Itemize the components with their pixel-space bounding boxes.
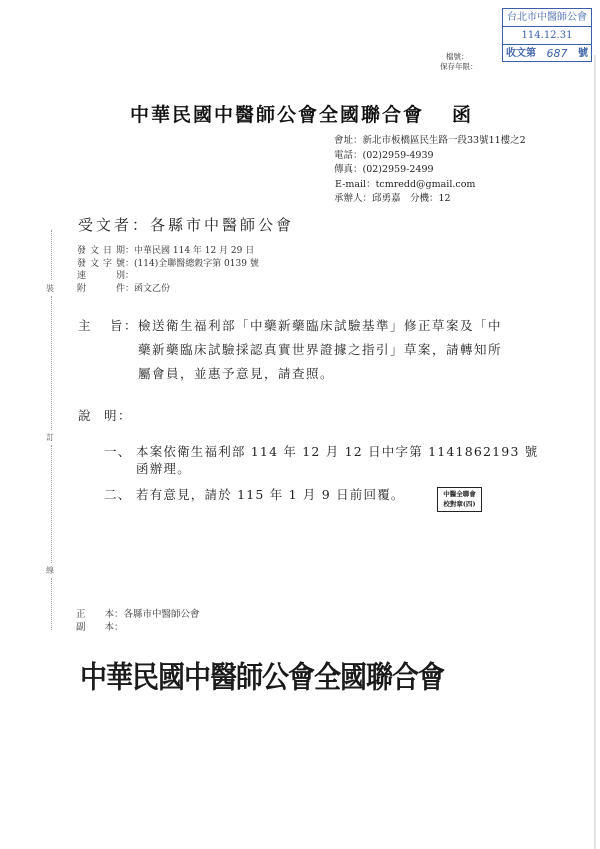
- issuer-name: 中華民國中醫師公會全國聯合會: [130, 104, 424, 126]
- proofread-stamp-line-2: 校對章(四): [438, 499, 481, 509]
- contact-block: 會址：新北市板橋區民生路一段33號11樓之2 電話：(02)2959-4939 …: [334, 134, 526, 207]
- contact-email: E-mail：tcmredd@gmail.com: [334, 178, 526, 193]
- cc-label: 副本: [76, 621, 114, 634]
- proofread-stamp: 中醫全聯會 校對章(四): [437, 487, 482, 512]
- item-1-line-2: 函辦理。: [104, 460, 539, 477]
- receipt-stamp-number-row: 收文第 687 號: [503, 45, 591, 63]
- file-no-label: 檔號：: [440, 52, 478, 62]
- original-copy-value: ：各縣市中醫師公會: [114, 609, 200, 620]
- receipt-number: 687: [547, 45, 568, 63]
- subject-label: 主旨: [78, 314, 124, 338]
- subject-line-3: 屬會員，並惠予意見，請查照。: [78, 362, 502, 386]
- archive-info: 檔號： 保存年限：: [440, 52, 478, 72]
- recipient: 受文者：各縣市中醫師公會: [78, 214, 294, 235]
- receipt-stamp: 台北市中醫師公會 114.12.31 收文第 687 號: [502, 8, 592, 62]
- cc-value: ：: [114, 622, 124, 633]
- meta-ref: 發文字號：(114)全聯醫總穀字第 0139 號: [77, 258, 259, 271]
- explanation-label: 說明: [78, 406, 118, 424]
- receipt-label-suffix: 號: [578, 45, 588, 63]
- binding-dots: [51, 296, 53, 430]
- subject-block: 主旨：檢送衛生福利部「中藥新藥臨床試驗基準」修正草案及「中 藥新藥臨床試驗採認真…: [78, 314, 502, 386]
- item-2-number: 二、: [104, 486, 136, 503]
- receipt-label-prefix: 收文第: [506, 45, 536, 63]
- organization-seal: 中華民國中醫師公會全國聯合會: [80, 653, 444, 697]
- contact-phone: 電話：(02)2959-4939: [334, 149, 526, 164]
- explanation-heading: 說明：: [78, 406, 132, 424]
- item-1-line-1: 本案依衛生福利部 114 年 12 月 12 日中字第 1141862193 號: [136, 444, 539, 459]
- receipt-stamp-org: 台北市中醫師公會: [503, 9, 591, 27]
- contact-fax: 傳真：(02)2959-2499: [334, 163, 526, 178]
- meta-speed: 速別：: [77, 270, 259, 283]
- retention-label: 保存年限：: [440, 62, 478, 72]
- meta-attach-label: 附件: [77, 283, 125, 296]
- item-1-number: 一、: [104, 443, 136, 460]
- binding-dots: [51, 578, 53, 630]
- explanation-item-1: 一、本案依衛生福利部 114 年 12 月 12 日中字第 1141862193…: [104, 443, 539, 477]
- binding-dots: [51, 230, 53, 280]
- copies-block: 正本：各縣市中醫師公會 副本：: [76, 608, 200, 634]
- receipt-stamp-date: 114.12.31: [503, 27, 591, 45]
- binding-line: 裝 訂 線: [48, 230, 56, 630]
- meta-attach: 附件：函文乙份: [77, 283, 259, 296]
- binding-char-1: 裝: [46, 283, 54, 294]
- meta-date-label: 發文日期: [77, 245, 125, 258]
- meta-ref-label: 發文字號: [77, 258, 125, 271]
- subject-line-2: 藥新藥臨床試驗採認真實世界證據之指引」草案，請轉知所: [78, 338, 502, 362]
- contact-handler: 承辦人：邱勇嘉 分機：12: [334, 192, 526, 207]
- binding-char-2: 訂: [46, 432, 54, 443]
- meta-speed-value: ：: [125, 271, 134, 281]
- meta-block: 發文日期：中華民國 114 年 12 月 29 日 發文字號：(114)全聯醫總…: [77, 245, 259, 295]
- meta-date-value: ：中華民國 114 年 12 月 29 日: [125, 246, 254, 256]
- doc-type: 函: [452, 104, 473, 126]
- proofread-stamp-line-1: 中醫全聯會: [438, 489, 481, 499]
- explanation-item-2: 二、若有意見，請於 115 年 1 月 9 日前回覆。: [104, 486, 405, 503]
- page-edge: [594, 55, 596, 849]
- item-2-line-1: 若有意見，請於 115 年 1 月 9 日前回覆。: [136, 487, 405, 502]
- binding-char-3: 線: [46, 565, 54, 576]
- meta-speed-label: 速別: [77, 270, 125, 283]
- original-copy-label: 正本: [76, 608, 114, 621]
- explanation-colon: ：: [118, 408, 132, 423]
- subject-line-1: ：檢送衛生福利部「中藥新藥臨床試驗基準」修正草案及「中: [124, 318, 502, 333]
- contact-address: 會址：新北市板橋區民生路一段33號11樓之2: [334, 134, 526, 149]
- meta-date: 發文日期：中華民國 114 年 12 月 29 日: [77, 245, 259, 258]
- binding-dots: [51, 445, 53, 563]
- meta-attach-value: ：函文乙份: [125, 284, 170, 294]
- document-title: 中華民國中醫師公會全國聯合會函: [130, 100, 473, 127]
- meta-ref-value: ：(114)全聯醫總穀字第 0139 號: [125, 259, 259, 269]
